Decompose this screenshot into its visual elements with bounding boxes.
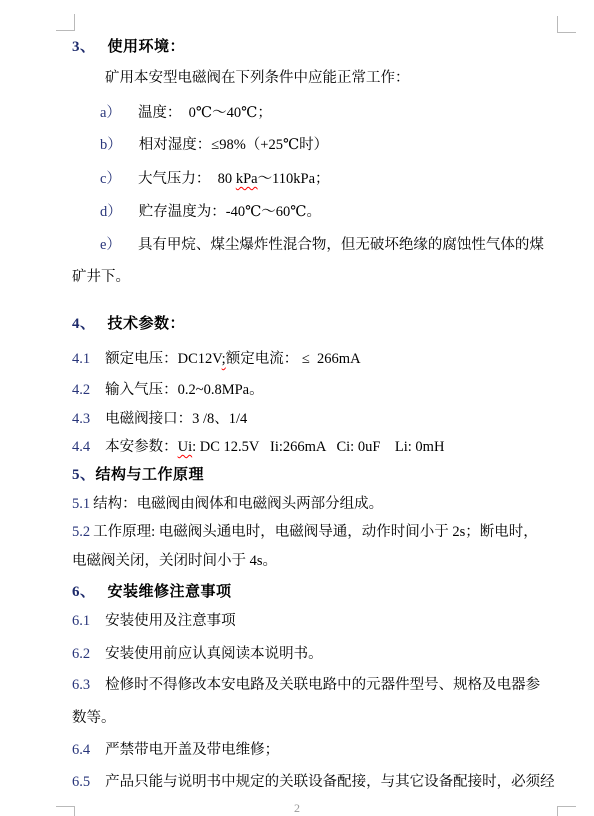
item-6-5-text: 产品只能与说明书中规定的关联设备配接，与其它设备配接时，必须经 bbox=[105, 774, 555, 790]
item-d-label: d） bbox=[100, 204, 122, 220]
section-3-title: 使用环境： bbox=[108, 39, 186, 55]
section-6-title: 安装维修注意事项 bbox=[108, 584, 232, 600]
item-4-2-text: 输入气压：0.2~0.8MPa。 bbox=[105, 382, 264, 398]
item-5-2-text: 工作原理: 电磁阀头通电时，电磁阀导通，动作时间小于 2s；断电时， bbox=[93, 524, 538, 540]
item-4-1-text-pre: 额定电压：DC12V bbox=[105, 351, 222, 367]
item-6-2-text: 安装使用前应认真阅读本说明书。 bbox=[105, 646, 323, 662]
item-5-1-text: 结构：电磁阀由阀体和电磁阀头两部分组成。 bbox=[93, 496, 383, 512]
page-number: 2 bbox=[0, 801, 594, 816]
section-6-number: 6、 bbox=[72, 584, 96, 600]
item-6-3-wrap: 数等。 bbox=[72, 708, 116, 728]
item-4-4-label: 4.4 bbox=[72, 439, 90, 455]
section-4-heading: 4、技术参数： bbox=[72, 314, 185, 334]
item-4-1-text-post: 额定电流： ≤ 266mA bbox=[226, 351, 361, 367]
item-6-2: 6.2安装使用前应认真阅读本说明书。 bbox=[72, 644, 323, 664]
section-5-title: 结构与工作原理 bbox=[96, 467, 205, 483]
section-4-title: 技术参数： bbox=[108, 316, 186, 332]
item-4-4: 4.4本安参数：Ui: DC 12.5V Ii:266mA Ci: 0uF Li… bbox=[72, 437, 444, 457]
item-a-text: 温度： 0℃～40℃； bbox=[138, 105, 272, 121]
item-4-1: 4.1额定电压：DC12V;额定电流： ≤ 266mA bbox=[72, 349, 361, 369]
item-6-5: 6.5产品只能与说明书中规定的关联设备配接，与其它设备配接时，必须经 bbox=[72, 772, 555, 792]
item-6-1-text: 安装使用及注意事项 bbox=[105, 613, 236, 629]
section-3-number: 3、 bbox=[72, 39, 96, 55]
item-4-4-text-post: : DC 12.5V Ii:266mA Ci: 0uF Li: 0mH bbox=[192, 439, 444, 455]
item-6-3-label: 6.3 bbox=[72, 677, 90, 693]
item-4-3: 4.3电磁阀接口：3 /8、1/4 bbox=[72, 409, 247, 429]
item-c-text-post: ～110kPa； bbox=[258, 171, 330, 187]
item-5-1: 5.1结构：电磁阀由阀体和电磁阀头两部分组成。 bbox=[72, 494, 383, 514]
item-6-4: 6.4严禁带电开盖及带电维修； bbox=[72, 740, 279, 760]
item-c-label: c） bbox=[100, 171, 121, 187]
item-6-4-label: 6.4 bbox=[72, 742, 90, 758]
item-6-4-text: 严禁带电开盖及带电维修； bbox=[105, 742, 279, 758]
document-page: 3、使用环境： 矿用本安型电磁阀在下列条件中应能正常工作： a）温度： 0℃～4… bbox=[0, 0, 594, 816]
section-3-intro: 矿用本安型电磁阀在下列条件中应能正常工作： bbox=[105, 68, 410, 88]
crop-mark-top-left bbox=[56, 14, 75, 31]
item-d-text: 贮存温度为：-40℃～60℃。 bbox=[139, 204, 321, 220]
crop-mark-top-right bbox=[557, 16, 576, 33]
item-4-3-label: 4.3 bbox=[72, 411, 90, 427]
item-5-2-label: 5.2 bbox=[72, 524, 90, 540]
section-6-heading: 6、安装维修注意事项 bbox=[72, 582, 232, 602]
item-4-2-label: 4.2 bbox=[72, 382, 90, 398]
item-6-3-text: 检修时不得修改本安电路及关联电路中的元器件型号、规格及电器参 bbox=[105, 677, 540, 693]
section-3-item-e: e）具有甲烷、煤尘爆炸性混合物，但无破坏绝缘的腐蚀性气体的煤 bbox=[100, 235, 544, 255]
item-e-label: e） bbox=[100, 237, 121, 253]
section-3-heading: 3、使用环境： bbox=[72, 37, 185, 57]
item-c-misspelled-word: kPa bbox=[236, 171, 258, 187]
item-6-5-label: 6.5 bbox=[72, 774, 90, 790]
section-3-item-a: a）温度： 0℃～40℃； bbox=[100, 103, 272, 123]
section-5-heading: 5、结构与工作原理 bbox=[72, 465, 204, 485]
item-4-1-label: 4.1 bbox=[72, 351, 90, 367]
section-5-number: 5、 bbox=[72, 467, 96, 483]
item-6-1-label: 6.1 bbox=[72, 613, 90, 629]
item-b-label: b） bbox=[100, 137, 122, 153]
section-3-item-d: d）贮存温度为：-40℃～60℃。 bbox=[100, 202, 321, 222]
item-6-3: 6.3检修时不得修改本安电路及关联电路中的元器件型号、规格及电器参 bbox=[72, 675, 540, 695]
item-e-text: 具有甲烷、煤尘爆炸性混合物，但无破坏绝缘的腐蚀性气体的煤 bbox=[138, 237, 544, 253]
item-4-3-text: 电磁阀接口：3 /8、1/4 bbox=[105, 411, 247, 427]
item-c-text-pre: 大气压力： 80 bbox=[138, 171, 236, 187]
item-5-2: 5.2工作原理: 电磁阀头通电时，电磁阀导通，动作时间小于 2s；断电时， bbox=[72, 522, 538, 542]
section-3-item-e-wrap: 矿井下。 bbox=[72, 267, 130, 287]
item-6-2-label: 6.2 bbox=[72, 646, 90, 662]
item-4-4-misspelled: Ui bbox=[178, 439, 193, 455]
item-b-text: 相对湿度：≤98%（+25℃时） bbox=[139, 137, 328, 153]
item-4-2: 4.2输入气压：0.2~0.8MPa。 bbox=[72, 380, 264, 400]
section-3-item-b: b）相对湿度：≤98%（+25℃时） bbox=[100, 135, 328, 155]
item-5-2-wrap: 电磁阀关闭，关闭时间小于 4s。 bbox=[72, 551, 277, 571]
section-3-item-c: c）大气压力： 80 kPa～110kPa； bbox=[100, 169, 330, 189]
item-a-label: a） bbox=[100, 105, 121, 121]
section-4-number: 4、 bbox=[72, 316, 96, 332]
item-4-4-text-pre: 本安参数： bbox=[105, 439, 178, 455]
item-6-1: 6.1安装使用及注意事项 bbox=[72, 611, 236, 631]
item-5-1-label: 5.1 bbox=[72, 496, 90, 512]
